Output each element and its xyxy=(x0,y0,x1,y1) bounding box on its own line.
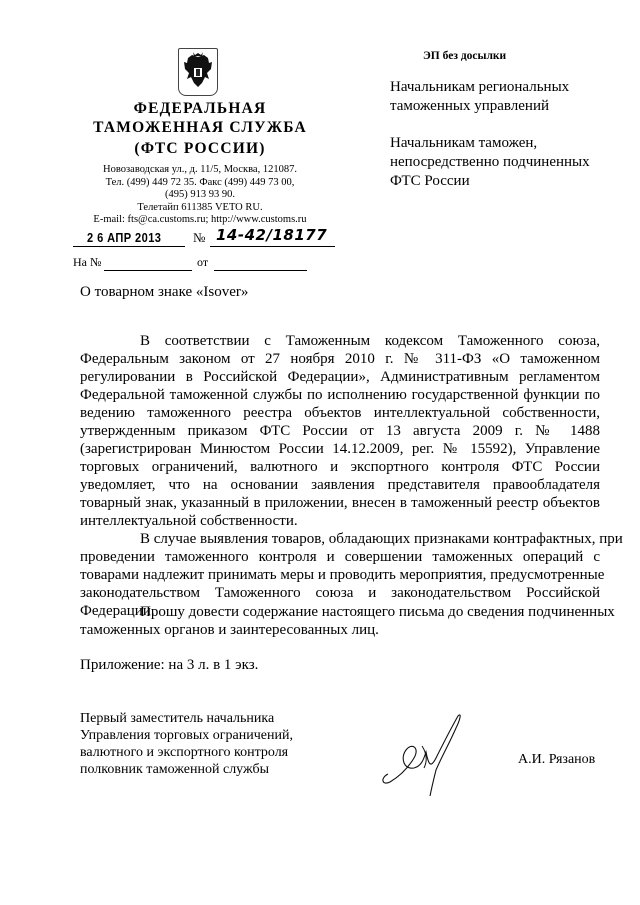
body-p1-line: товарный знак, указанный в приложении, в… xyxy=(80,494,600,512)
signatory-title: Первый заместитель начальника Управления… xyxy=(80,710,293,778)
recipient-block-1: Начальникам региональных таможенных упра… xyxy=(390,78,569,116)
signatory-title-line: Управления торговых ограничений, xyxy=(80,727,293,744)
recipient-2-line2: непосредственно подчиненных xyxy=(390,153,590,172)
body-p1-line: интеллектуальной собственности. xyxy=(80,512,600,530)
date-field: 2 6 АПР 2013 xyxy=(73,230,185,247)
ref-date-field xyxy=(214,256,307,271)
body-p3-line: таможенных органов и заинтересованных ли… xyxy=(80,621,600,639)
address-phone: Тел. (499) 449 72 35. Факс (499) 449 73 … xyxy=(70,177,330,190)
body-p1-line: Федеральным законом от 27 ноября 2010 г.… xyxy=(80,350,600,368)
body-p2-line: законодательством Таможенного союза и за… xyxy=(80,584,600,602)
date-stamp: 2 6 АПР 2013 xyxy=(87,230,161,245)
number-field: 14-42/18177 xyxy=(210,227,335,247)
signatory-name: А.И. Рязанов xyxy=(518,752,595,768)
body-p1-line: (зарегистрирован Минюстом России 14.12.2… xyxy=(80,440,600,458)
body-p1-line: регулировании в Российской Федерации», А… xyxy=(80,368,600,386)
number-label: № xyxy=(193,230,205,246)
handwritten-signature xyxy=(378,712,478,802)
signature-icon xyxy=(378,712,478,802)
body-paragraph-1: В соответствии с Таможенным кодексом Там… xyxy=(80,332,600,530)
body-p1-line: торговых ограничений, валютного и экспор… xyxy=(80,458,600,476)
address-teletype: Телетайп 611385 VETO RU. xyxy=(70,202,330,215)
org-name-abbrev: (ФТС РОССИИ) xyxy=(90,139,310,158)
address-phone2: (495) 913 93 90. xyxy=(70,189,330,202)
delivery-note: ЭП без досылки xyxy=(423,50,506,62)
body-p1-line: В соответствии с Таможенным кодексом Там… xyxy=(80,332,600,350)
ref-from-label: от xyxy=(197,255,208,270)
body-p1-line: ведению таможенного реестра объектов инт… xyxy=(80,404,600,422)
address-block: Новозаводская ул., д. 11/5, Москва, 1210… xyxy=(70,164,330,227)
coat-of-arms-emblem xyxy=(178,48,218,96)
ref-label: На № xyxy=(73,255,101,270)
attachment-note: Приложение: на 3 л. в 1 экз. xyxy=(80,657,258,674)
recipient-1-line2: таможенных управлений xyxy=(390,97,569,116)
address-street: Новозаводская ул., д. 11/5, Москва, 1210… xyxy=(70,164,330,177)
body-paragraph-3: Прошу довести содержание настоящего пись… xyxy=(80,603,600,639)
recipient-1-line1: Начальникам региональных xyxy=(390,78,569,97)
recipient-block-2: Начальникам таможен, непосредственно под… xyxy=(390,134,590,191)
body-p1-line: Федеральной таможенной службы по исполне… xyxy=(80,386,600,404)
body-p2-line: В случае выявления товаров, обладающих п… xyxy=(80,530,600,548)
signatory-title-line: полковник таможенной службы xyxy=(80,761,293,778)
ref-number-field xyxy=(104,256,192,271)
body-p1-line: утвержденным приказом ФТС России от 13 а… xyxy=(80,422,600,440)
double-headed-eagle-icon xyxy=(179,49,217,95)
body-p1-line: уведомляет, что на основании заявления п… xyxy=(80,476,600,494)
reg-number: 14-42/18177 xyxy=(216,226,327,244)
recipient-2-line1: Начальникам таможен, xyxy=(390,134,590,153)
org-name-line2: ТАМОЖЕННАЯ СЛУЖБА xyxy=(90,118,310,137)
subject-line: О товарном знаке «Isover» xyxy=(80,284,248,301)
signatory-title-line: Первый заместитель начальника xyxy=(80,710,293,727)
recipient-2-line3: ФТС России xyxy=(390,172,590,191)
body-p2-line: товарами надлежит принимать меры и прово… xyxy=(80,566,600,584)
body-p3-line: Прошу довести содержание настоящего пись… xyxy=(80,603,600,621)
org-name-line1: ФЕДЕРАЛЬНАЯ xyxy=(90,99,310,118)
signatory-title-line: валютного и экспортного контроля xyxy=(80,744,293,761)
body-p2-line: проведении таможенного контроля и соверш… xyxy=(80,548,600,566)
